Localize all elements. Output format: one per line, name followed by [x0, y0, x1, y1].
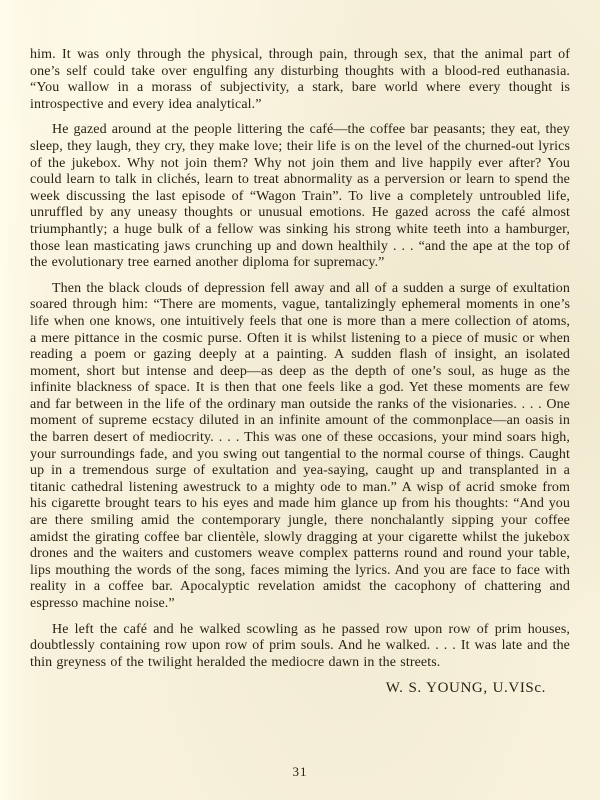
- author-signature: W. S. YOUNG, U.VISc.: [30, 680, 570, 697]
- paragraph-continuation: him. It was only through the physical, t…: [30, 47, 570, 113]
- book-page: him. It was only through the physical, t…: [0, 0, 600, 800]
- paragraph: Then the black clouds of depression fell…: [30, 281, 570, 613]
- page-text-block: him. It was only through the physical, t…: [30, 47, 570, 697]
- page-number: 31: [0, 764, 600, 780]
- paragraph: He left the café and he walked scowling …: [30, 622, 570, 672]
- paragraph: He gazed around at the people littering …: [30, 122, 570, 271]
